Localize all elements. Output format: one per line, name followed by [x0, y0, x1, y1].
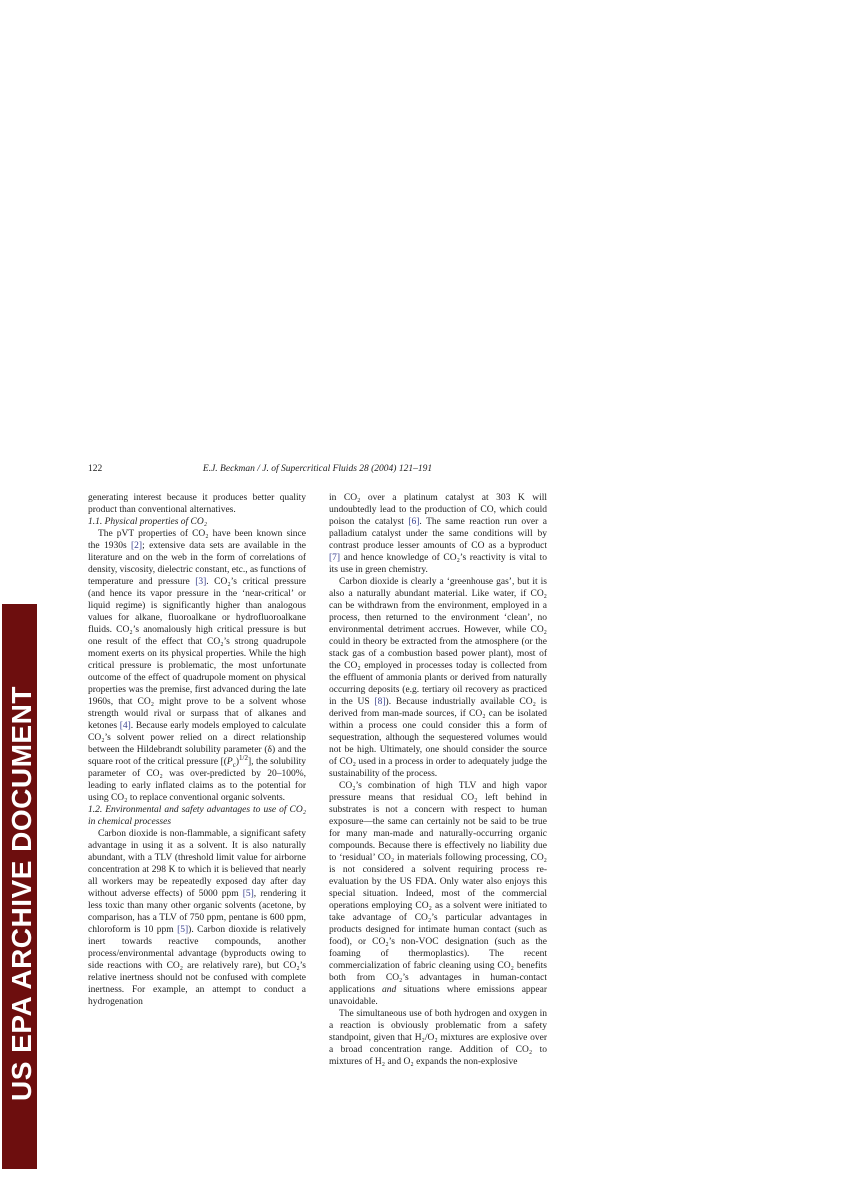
- paragraph-physical-properties: The pVT properties of CO₂ have been know…: [88, 528, 306, 804]
- superscript: 1/2: [239, 754, 248, 762]
- paragraph-tlv-vapor-pressure: CO₂’s combination of high TLV and high v…: [329, 780, 547, 1008]
- running-head: 122 E.J. Beckman / J. of Supercritical F…: [88, 463, 547, 476]
- reference-link[interactable]: [8]: [374, 697, 385, 707]
- reference-link[interactable]: [5]: [177, 925, 188, 935]
- paragraph-catalyst: in CO₂ over a platinum catalyst at 303 K…: [329, 492, 547, 576]
- journal-citation: E.J. Beckman / J. of Supercritical Fluid…: [88, 463, 547, 476]
- epa-archive-banner-label: US EPA ARCHIVE DOCUMENT: [5, 686, 38, 1101]
- paragraph-hydrogen-oxygen: The simultaneous use of both hydrogen an…: [329, 1008, 547, 1068]
- reference-link[interactable]: [4]: [120, 721, 131, 731]
- right-column: in CO₂ over a platinum catalyst at 303 K…: [329, 492, 547, 1068]
- subscript: c: [233, 761, 236, 769]
- article-body: generating interest because it produces …: [88, 492, 547, 1068]
- epa-archive-banner: US EPA ARCHIVE DOCUMENT: [2, 604, 37, 1169]
- reference-link[interactable]: [6]: [408, 517, 419, 527]
- paper-page: US EPA ARCHIVE DOCUMENT 122 E.J. Beckman…: [0, 0, 842, 1191]
- paragraph-greenhouse-gas: Carbon dioxide is clearly a ‘greenhouse …: [329, 576, 547, 780]
- reference-link[interactable]: [7]: [329, 553, 340, 563]
- paragraph-continued: generating interest because it produces …: [88, 492, 306, 516]
- reference-link[interactable]: [5]: [243, 889, 254, 899]
- paragraph-safety-advantages: Carbon dioxide is non-flammable, a signi…: [88, 828, 306, 1008]
- section-heading-1-1: 1.1. Physical properties of CO₂: [88, 516, 306, 528]
- reference-link[interactable]: [3]: [195, 577, 206, 587]
- reference-link[interactable]: [2]: [131, 541, 142, 551]
- section-heading-1-2: 1.2. Environmental and safety advantages…: [88, 804, 306, 828]
- left-column: generating interest because it produces …: [88, 492, 306, 1068]
